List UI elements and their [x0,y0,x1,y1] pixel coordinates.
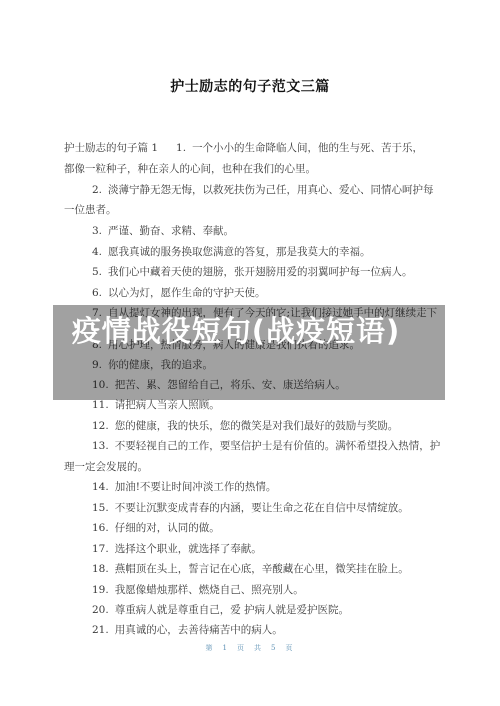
item-17: 17.选择这个职业，就选择了奉献。 [92,542,262,556]
item-5: 5.我们心中藏着天使的翅膀，张开翅膀用爱的羽翼呵护每一位病人。 [92,265,413,279]
item-13: 13.不要轻视自己的工作，要坚信护士是有价值的。满怀希望投入热情，护 [92,439,440,453]
item-19: 19.我愿像蜡烛那样、燃烧自己、照亮别人。 [92,583,304,597]
item-4: 4.愿我真诚的服务换取您满意的答复，那是我莫大的幸福。 [92,245,371,259]
current-page: 1 [223,644,229,652]
item-11: 11.请把病人当亲人照顾。 [92,398,220,412]
item-16: 16.仔细的对，认同的做。 [92,521,220,535]
overlay-title: 疫情战役短句(战疫短语) [66,312,406,350]
total-pages: 5 [271,644,277,652]
intro-label: 护士励志的句子篇 1 [64,142,158,154]
item-14: 14.加油!不要让时间冲淡工作的热情。 [92,480,276,494]
item-15: 15.不要让沉默变成青春的内涵，要让生命之花在自信中尽情绽放。 [92,501,409,515]
item-3: 3.严谨、勤奋、求精、奉献。 [92,224,234,238]
item-20: 20.尊重病人就是尊重自己，爱 护病人就是爱护医院。 [92,603,349,617]
item-13-cont: 理一定会发展的。 [64,460,148,474]
item-1: 护士励志的句子篇 11.一个小小的生命降临人间，他的生与死、苦于乐， [64,141,423,155]
item-2: 2.淡薄宁静无怨无悔，以救死扶伤为己任，用真心、爱心、同情心呵护每 [92,183,434,197]
page-footer: 第1页共5页 [0,643,500,653]
item-21: 21.用真诚的心，去善待痛苦中的病人。 [92,623,283,637]
item-2-cont: 一位患者。 [64,203,117,217]
item-12: 12.您的健康，我的快乐，您的微笑是对我们最好的鼓励与奖励。 [92,419,398,433]
document-title: 护士励志的句子范文三篇 [0,76,500,96]
item-18: 18.燕帽顶在头上，誓言记在心底，辛酸藏在心里，微笑挂在脸上。 [92,562,409,576]
item-1-cont: 都像一粒种子，种在亲人的心间，也种在我们的心里。 [64,162,316,176]
item-6: 6.以心为灯，愿作生命的守护天使。 [92,286,266,300]
